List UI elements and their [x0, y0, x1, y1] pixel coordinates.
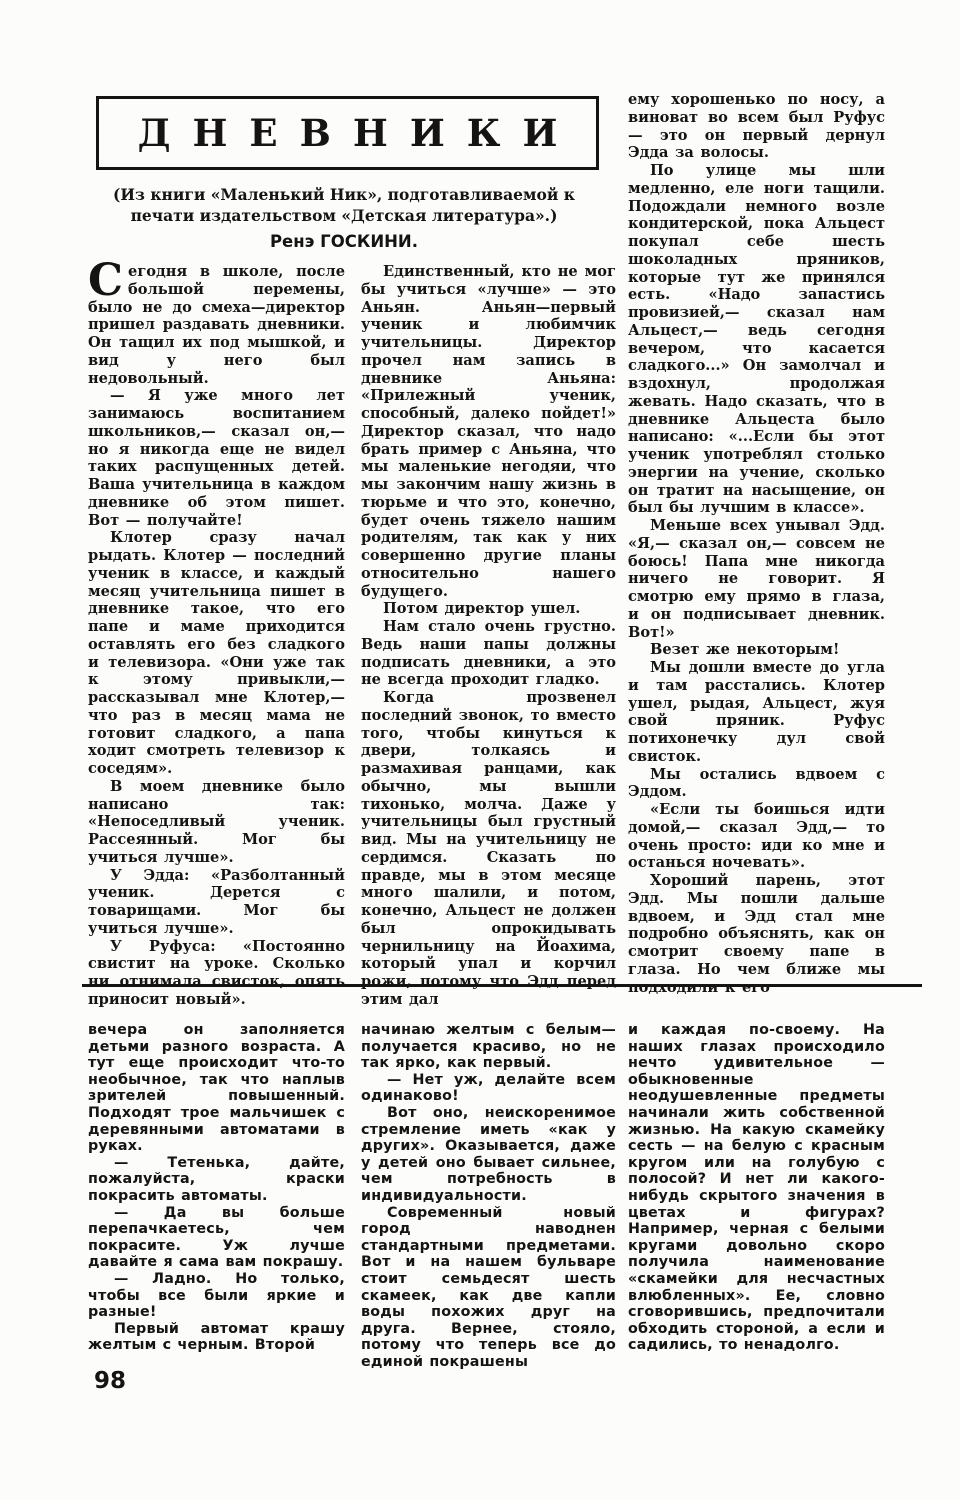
paragraph: вечера он заполняется детьми разного воз…	[88, 1022, 345, 1155]
paragraph: — Ладно. Но только, чтобы все были яркие…	[88, 1271, 345, 1321]
paragraph: Первый автомат крашу желтым с черным. Вт…	[88, 1321, 345, 1354]
paragraph: «Если ты боишься идти домой,— сказал Эдд…	[628, 801, 885, 872]
paragraph: — Я уже много лет занимаюсь воспитанием …	[88, 387, 345, 529]
paragraph: — Нет уж, делайте всем одинаково!	[361, 1072, 616, 1105]
article-bottom-column-1: вечера он заполняется детьми разного воз…	[88, 1022, 345, 1354]
article-top-column-3: ему хорошенько по носу, а виноват во все…	[628, 91, 885, 996]
paragraph: Клотер сразу начал рыдать. Клотер — посл…	[88, 529, 345, 778]
page-number: 98	[94, 1368, 126, 1394]
paragraph: Вот оно, неискоренимое стремление иметь …	[361, 1105, 616, 1205]
paragraph: Мы остались вдвоем с Эддом.	[628, 766, 885, 802]
paragraph: В моем дневнике было написано так: «Непо…	[88, 778, 345, 867]
paragraph: Везет же некоторым!	[628, 641, 885, 659]
book-source-note: (Из книги «Маленький Ник», подготавливае…	[88, 184, 600, 226]
paragraph: У Руфуса: «Постоянно свистит на уроке. С…	[88, 938, 345, 1009]
author-name: Ренэ ГОСКИНИ.	[88, 232, 600, 251]
paragraph: Сегодня в школе, после большой перемены,…	[88, 263, 345, 387]
paragraph: Хороший парень, этот Эдд. Мы пошли дальш…	[628, 872, 885, 996]
article-bottom-column-3: и каждая по-своему. На наших глазах прои…	[628, 1022, 885, 1354]
paragraph: По улице мы шли медленно, еле ноги тащил…	[628, 162, 885, 517]
paragraph: Современный новый город наводнен стандар…	[361, 1205, 616, 1371]
paragraph: начинаю желтым с белым— получается краси…	[361, 1022, 616, 1072]
page-title: ДНЕВНИКИ	[116, 111, 580, 155]
paragraph: — Да вы больше перепачкаетесь, чем покра…	[88, 1205, 345, 1271]
paragraph: Когда прозвенел последний звонок, то вме…	[361, 689, 616, 1009]
section-divider-rule	[82, 984, 922, 987]
title-box: ДНЕВНИКИ	[96, 96, 599, 170]
article-top-column-1: Сегодня в школе, после большой перемены,…	[88, 263, 345, 1009]
paragraph: и каждая по-своему. На наших глазах прои…	[628, 1022, 885, 1354]
paragraph: Мы дошли вместе до угла и там расстались…	[628, 659, 885, 766]
paragraph: У Эдда: «Разболтанный ученик. Дерется с …	[88, 867, 345, 938]
paragraph: Единственный, кто не мог бы учиться «луч…	[361, 263, 616, 600]
paragraph: Потом директор ушел.	[361, 600, 616, 618]
paragraph: — Тетенька, дайте, пожалуйста, краски по…	[88, 1155, 345, 1205]
paragraph: Нам стало очень грустно. Ведь наши папы …	[361, 618, 616, 689]
paragraph: Меньше всех унывал Эдд. «Я,— сказал он,—…	[628, 517, 885, 641]
article-bottom-column-2: начинаю желтым с белым— получается краси…	[361, 1022, 616, 1370]
paragraph: ему хорошенько по носу, а виноват во все…	[628, 91, 885, 162]
drop-cap: С	[88, 263, 128, 297]
scanned-book-page: ДНЕВНИКИ (Из книги «Маленький Ник», подг…	[0, 0, 960, 1500]
article-top-column-2: Единственный, кто не мог бы учиться «луч…	[361, 263, 616, 1009]
